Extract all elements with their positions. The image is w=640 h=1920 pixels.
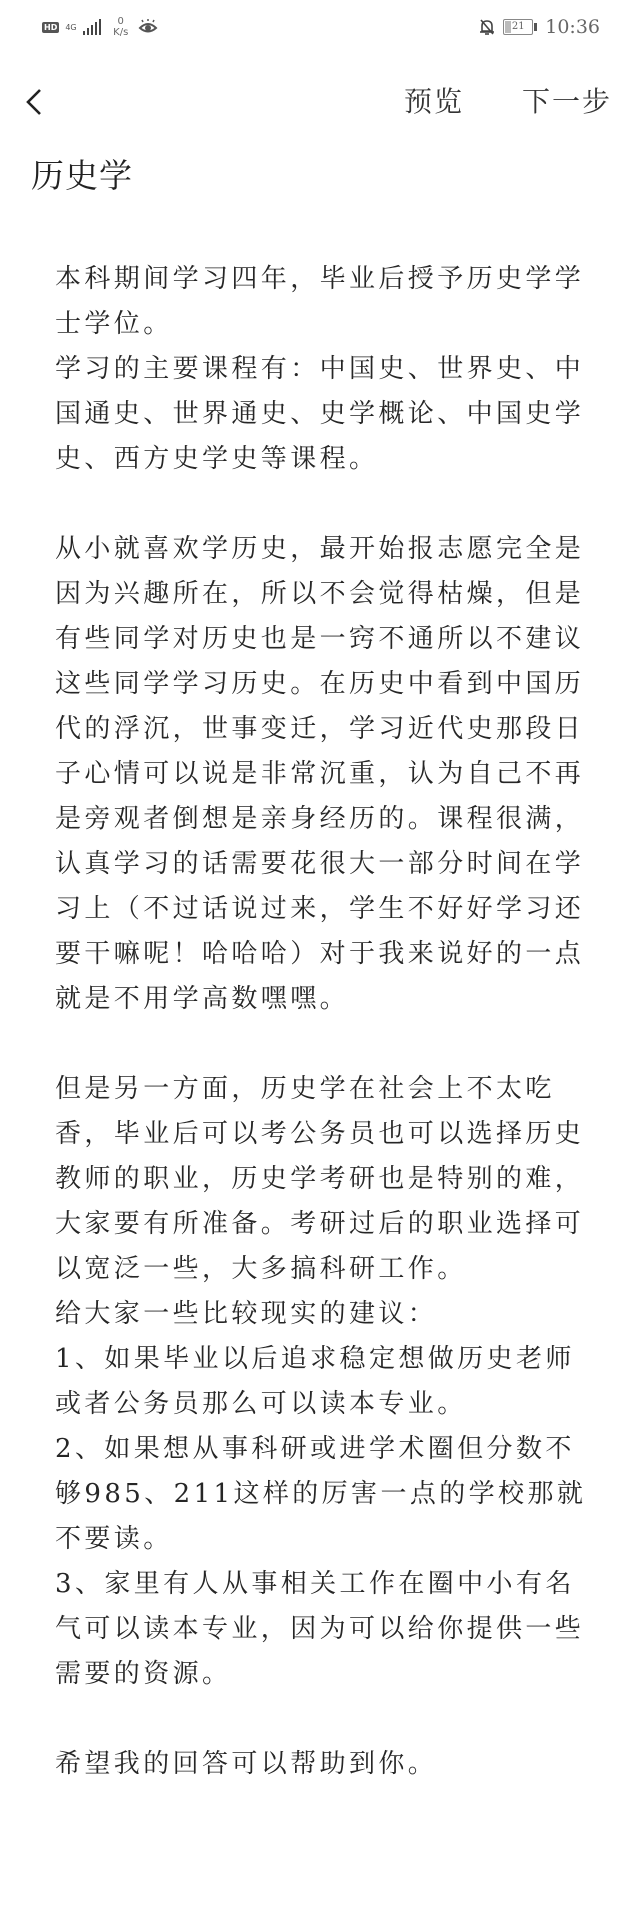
back-button[interactable] bbox=[22, 86, 52, 118]
text-line: 给大家一些比较现实的建议： bbox=[55, 1292, 615, 1337]
paragraph-spacer bbox=[55, 1697, 615, 1742]
mute-bell-icon bbox=[479, 18, 495, 36]
text-line: 教师的职业，历史学考研也是特别的难， bbox=[55, 1157, 615, 1202]
text-line: 是旁观者倒想是亲身经历的。课程很满， bbox=[55, 797, 615, 842]
battery-level: 21 bbox=[512, 21, 525, 32]
status-left: HD 4G 0 K/s bbox=[42, 12, 158, 42]
text-line: 代的浮沉，世事变迁，学习近代史那段日 bbox=[55, 707, 615, 752]
text-line: 国通史、世界通史、史学概论、中国史学 bbox=[55, 392, 615, 437]
text-line: 这些同学学习历史。在历史中看到中国历 bbox=[55, 662, 615, 707]
status-bar: HD 4G 0 K/s 21 10:36 bbox=[0, 0, 640, 54]
network-speed: 0 K/s bbox=[113, 16, 128, 38]
text-line: 够985、211这样的厉害一点的学校那就 bbox=[55, 1472, 615, 1517]
article-body[interactable]: 本科期间学习四年，毕业后授予历史学学 士学位。 学习的主要课程有：中国史、世界史… bbox=[55, 257, 615, 1787]
text-line: 士学位。 bbox=[55, 302, 615, 347]
network-indicator: 4G bbox=[65, 23, 76, 32]
network-speed-value: 0 bbox=[118, 16, 124, 27]
text-line: 学习的主要课程有：中国史、世界史、中 bbox=[55, 347, 615, 392]
paragraph-spacer bbox=[55, 1022, 615, 1067]
clock: 10:36 bbox=[545, 16, 600, 38]
text-line: 以宽泛一些，大多搞科研工作。 bbox=[55, 1247, 615, 1292]
text-line: 3、家里有人从事相关工作在圈中小有名 bbox=[55, 1562, 615, 1607]
network-speed-unit: K/s bbox=[113, 27, 128, 38]
text-line: 香，毕业后可以考公务员也可以选择历史 bbox=[55, 1112, 615, 1157]
text-line: 就是不用学高数嘿嘿。 bbox=[55, 977, 615, 1022]
article-title: 历史学 bbox=[31, 155, 133, 197]
network-type: 4G bbox=[65, 23, 76, 32]
text-line: 认真学习的话需要花很大一部分时间在学 bbox=[55, 842, 615, 887]
text-line: 从小就喜欢学历史，最开始报志愿完全是 bbox=[55, 527, 615, 572]
paragraph-1: 本科期间学习四年，毕业后授予历史学学 士学位。 学习的主要课程有：中国史、世界史… bbox=[55, 257, 615, 482]
text-line: 需要的资源。 bbox=[55, 1652, 615, 1697]
text-line: 希望我的回答可以帮助到你。 bbox=[55, 1742, 615, 1787]
hd-voice-icon: HD bbox=[42, 22, 59, 33]
text-line: 气可以读本专业，因为可以给你提供一些 bbox=[55, 1607, 615, 1652]
paragraph-4: 希望我的回答可以帮助到你。 bbox=[55, 1742, 615, 1787]
text-line: 1、如果毕业以后追求稳定想做历史老师 bbox=[55, 1337, 615, 1382]
signal-strength-icon bbox=[83, 19, 102, 35]
paragraph-3: 但是另一方面，历史学在社会上不太吃 香，毕业后可以考公务员也可以选择历史 教师的… bbox=[55, 1067, 615, 1697]
eye-comfort-icon bbox=[138, 19, 158, 35]
chevron-left-icon bbox=[22, 86, 52, 118]
text-line: 本科期间学习四年，毕业后授予历史学学 bbox=[55, 257, 615, 302]
text-line: 但是另一方面，历史学在社会上不太吃 bbox=[55, 1067, 615, 1112]
text-line: 或者公务员那么可以读本专业。 bbox=[55, 1382, 615, 1427]
text-line: 2、如果想从事科研或进学术圈但分数不 bbox=[55, 1427, 615, 1472]
text-line: 子心情可以说是非常沉重，认为自己不再 bbox=[55, 752, 615, 797]
text-line: 大家要有所准备。考研过后的职业选择可 bbox=[55, 1202, 615, 1247]
paragraph-spacer bbox=[55, 482, 615, 527]
text-line: 要干嘛呢！哈哈哈）对于我来说好的一点 bbox=[55, 932, 615, 977]
text-line: 不要读。 bbox=[55, 1517, 615, 1562]
text-line: 习上（不过话说过来，学生不好好学习还 bbox=[55, 887, 615, 932]
paragraph-2: 从小就喜欢学历史，最开始报志愿完全是 因为兴趣所在，所以不会觉得枯燥，但是 有些… bbox=[55, 527, 615, 1022]
text-line: 因为兴趣所在，所以不会觉得枯燥，但是 bbox=[55, 572, 615, 617]
status-right: 21 10:36 bbox=[479, 14, 600, 40]
text-line: 有些同学对历史也是一窍不通所以不建议 bbox=[55, 617, 615, 662]
battery-icon: 21 bbox=[503, 19, 533, 35]
next-step-button[interactable]: 下一步 bbox=[522, 85, 612, 119]
top-navigation: 预览 下一步 bbox=[0, 78, 640, 126]
text-line: 史、西方史学史等课程。 bbox=[55, 437, 615, 482]
preview-button[interactable]: 预览 bbox=[404, 85, 464, 119]
